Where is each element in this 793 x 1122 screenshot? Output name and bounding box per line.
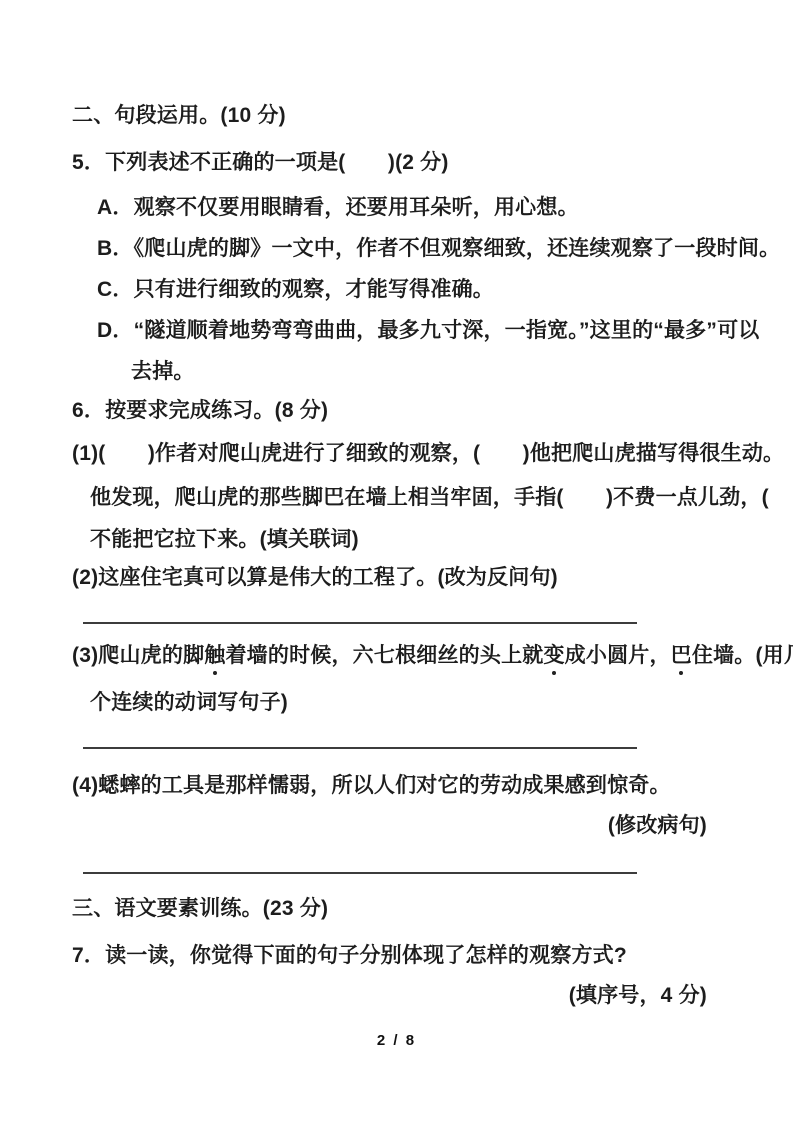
exam-paper-page: 二、句段运用。(10 分) 5．下列表述不正确的一项是( )(2 分) A．观察… xyxy=(0,0,793,1122)
part3-seg: 成小圆片， xyxy=(565,644,671,667)
question7-note: (填序号，4 分) xyxy=(569,983,707,1009)
section3-heading: 三、语文要素训练。(23 分) xyxy=(72,896,328,922)
part3-emphasized-verb: 触 xyxy=(204,644,225,667)
question5-option-d-line1: D．“隧道顺着地势弯弯曲曲，最多九寸深，一指宽。”这里的“最多”可以 xyxy=(97,318,759,344)
section2-heading: 二、句段运用。(10 分) xyxy=(72,103,286,129)
question6-part1-line2: 他发现，爬山虎的那些脚巴在墙上相当牢固，手指( )不费一点儿劲，( ) xyxy=(90,485,793,511)
answer-line-2 xyxy=(83,747,637,749)
part3-emphasized-verb: 巴 xyxy=(671,644,692,667)
question5-option-b: B．《爬山虎的脚》一文中，作者不但观察细致，还连续观察了一段时间。 xyxy=(97,236,780,262)
answer-line-1 xyxy=(83,622,637,624)
part3-seg: (3)爬山虎的脚 xyxy=(72,644,204,667)
question7-stem: 7．读一读，你觉得下面的句子分别体现了怎样的观察方式? xyxy=(72,943,627,969)
answer-line-3 xyxy=(83,872,637,874)
question5-option-c: C．只有进行细致的观察，才能写得准确。 xyxy=(97,277,494,303)
question6-part4-text: (4)蟋蟀的工具是那样懦弱，所以人们对它的劳动成果感到惊奇。 xyxy=(72,773,671,799)
question6-part3-line2: 个连续的动词写句子) xyxy=(90,690,288,716)
question6-part2-text: (2)这座住宅真可以算是伟大的工程了。(改为反问句) xyxy=(72,565,558,591)
question6-stem: 6．按要求完成练习。(8 分) xyxy=(72,398,328,424)
question5-option-d-line2: 去掉。 xyxy=(131,359,195,385)
question6-part4-note: (修改病句) xyxy=(608,813,707,839)
question6-part1-line3: 不能把它拉下来。(填关联词) xyxy=(90,527,359,553)
question6-part1-line1: (1)( )作者对爬山虎进行了细致的观察，( )他把爬山虎描写得很生动。 xyxy=(72,441,784,467)
part3-emphasized-verb: 变 xyxy=(543,644,564,667)
part3-seg: 住墙。(用几 xyxy=(692,644,793,667)
part3-seg: 着墙的时候，六七根细丝的头上就 xyxy=(225,644,543,667)
question6-part3-text: (3)爬山虎的脚触着墙的时候，六七根细丝的头上就变成小圆片，巴住墙。(用几 xyxy=(72,643,793,669)
question5-stem: 5．下列表述不正确的一项是( )(2 分) xyxy=(72,150,449,176)
page-number: 2 / 8 xyxy=(0,1032,793,1049)
question5-option-a: A．观察不仅要用眼睛看，还要用耳朵听，用心想。 xyxy=(97,195,579,221)
